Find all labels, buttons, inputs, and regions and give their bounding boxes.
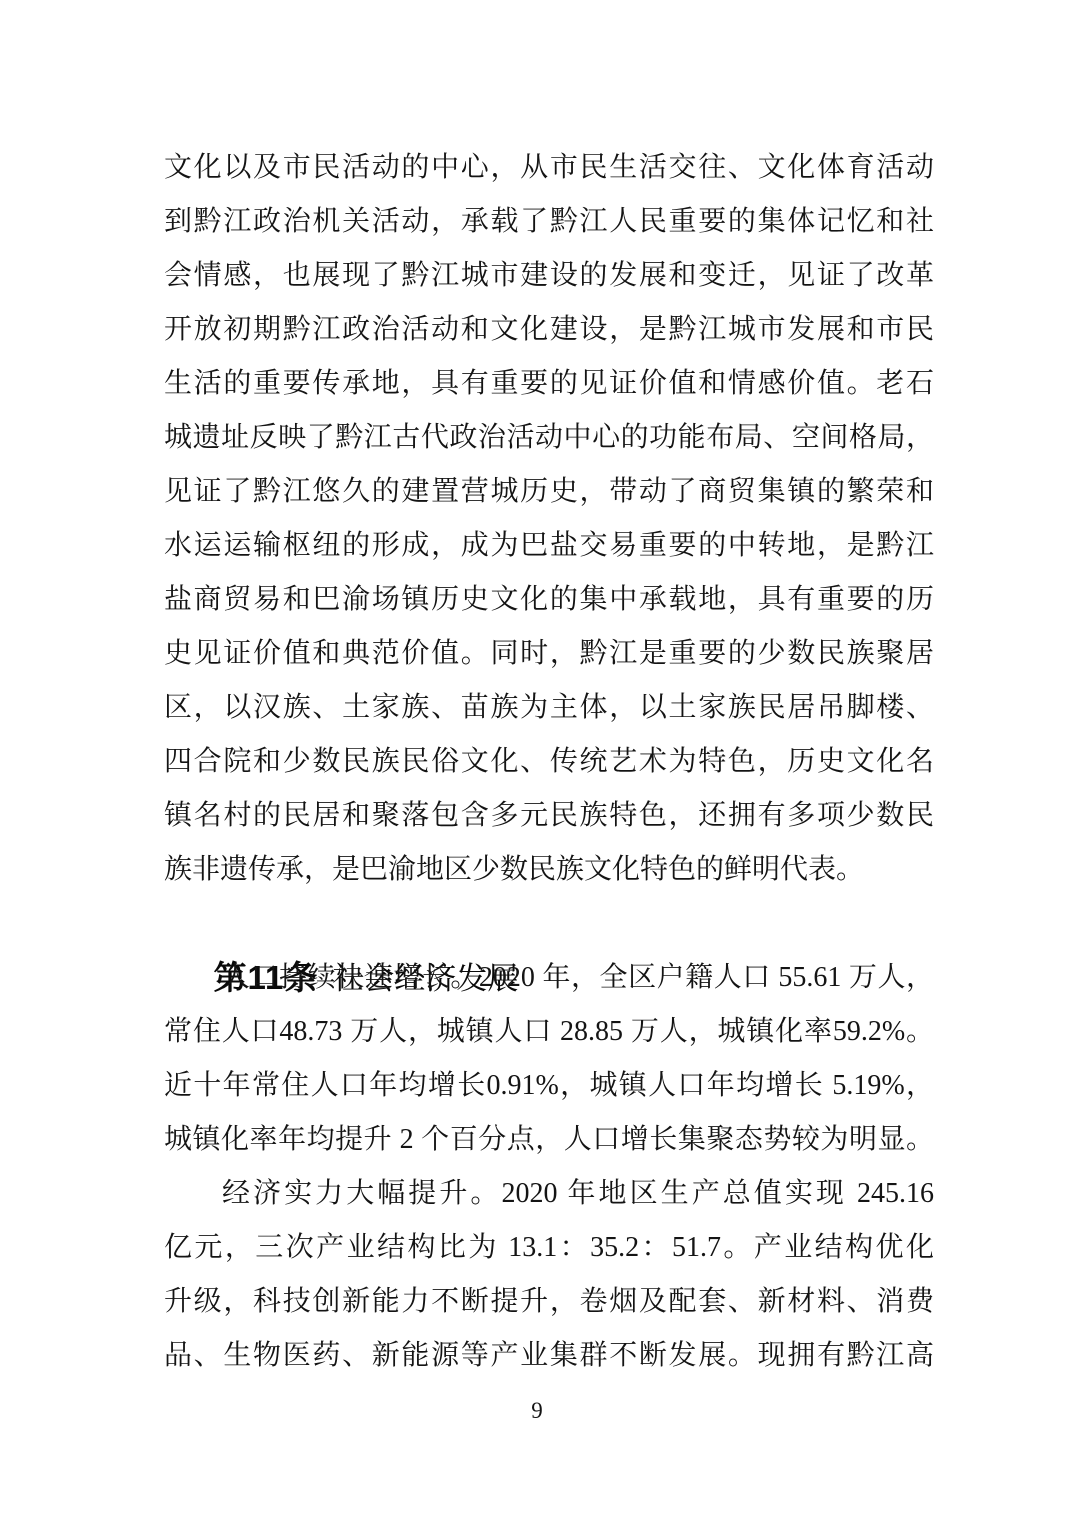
paragraph-line: 镇名村的民居和聚落包含多元民族特色，还拥有多项少数民 <box>164 789 934 843</box>
paragraph-line: 文化以及市民活动的中心，从市民生活交往、文化体育活动 <box>164 141 934 195</box>
text-content: 文化以及市民活动的中心，从市民生活交往、文化体育活动 到黔江政治机关活动，承载了… <box>164 141 934 1383</box>
paragraph-line: 亿元，三次产业结构比为 13.1：35.2：51.7。产业结构优化 <box>164 1221 934 1275</box>
paragraph-line: 会情感，也展现了黔江城市建设的发展和变迁，见证了改革 <box>164 249 934 303</box>
page-number: 9 <box>0 1396 1074 1426</box>
paragraph-last-line: 城镇化率年均提升 2 个百分点，人口增长集聚态势较为明显。 <box>164 1113 934 1167</box>
paragraph-line: 生活的重要传承地，具有重要的见证价值和情感价值。老石 <box>164 357 934 411</box>
paragraph-line: 升级，科技创新能力不断提升，卷烟及配套、新材料、消费 <box>164 1275 934 1329</box>
paragraph-line: 区，以汉族、土家族、苗族为主体，以土家族民居吊脚楼、 <box>164 681 934 735</box>
paragraph-line: 盐商贸易和巴渝场镇历史文化的集中承载地，具有重要的历 <box>164 573 934 627</box>
paragraph-line: 水运运输枢纽的形成，成为巴盐交易重要的中转地，是黔江 <box>164 519 934 573</box>
article-heading: 第11条社会经济发展 <box>164 897 934 951</box>
paragraph-line: 到黔江政治机关活动，承载了黔江人民重要的集体记忆和社 <box>164 195 934 249</box>
paragraph-first-line: 人口持续快速增长。2020 年，全区户籍人口 55.61 万人， <box>164 951 934 1005</box>
paragraph-last-line: 族非遗传承，是巴渝地区少数民族文化特色的鲜明代表。 <box>164 843 934 897</box>
paragraph-line: 常住人口48.73 万人，城镇人口 28.85 万人，城镇化率59.2%。 <box>164 1005 934 1059</box>
paragraph-line: 四合院和少数民族民俗文化、传统艺术为特色，历史文化名 <box>164 735 934 789</box>
paragraph-line: 见证了黔江悠久的建置营城历史，带动了商贸集镇的繁荣和 <box>164 465 934 519</box>
paragraph-line: 开放初期黔江政治活动和文化建设，是黔江城市发展和市民 <box>164 303 934 357</box>
paragraph-line: 城遗址反映了黔江古代政治活动中心的功能布局、空间格局， <box>164 411 934 465</box>
paragraph-line: 史见证价值和典范价值。同时，黔江是重要的少数民族聚居 <box>164 627 934 681</box>
paragraph-first-line: 经济实力大幅提升。2020 年地区生产总值实现 245.16 <box>164 1167 934 1221</box>
paragraph-line: 近十年常住人口年均增长0.91%，城镇人口年均增长 5.19%， <box>164 1059 934 1113</box>
document-page: 文化以及市民活动的中心，从市民生活交往、文化体育活动 到黔江政治机关活动，承载了… <box>0 0 1074 1520</box>
paragraph-line: 品、生物医药、新能源等产业集群不断发展。现拥有黔江高 <box>164 1329 934 1383</box>
